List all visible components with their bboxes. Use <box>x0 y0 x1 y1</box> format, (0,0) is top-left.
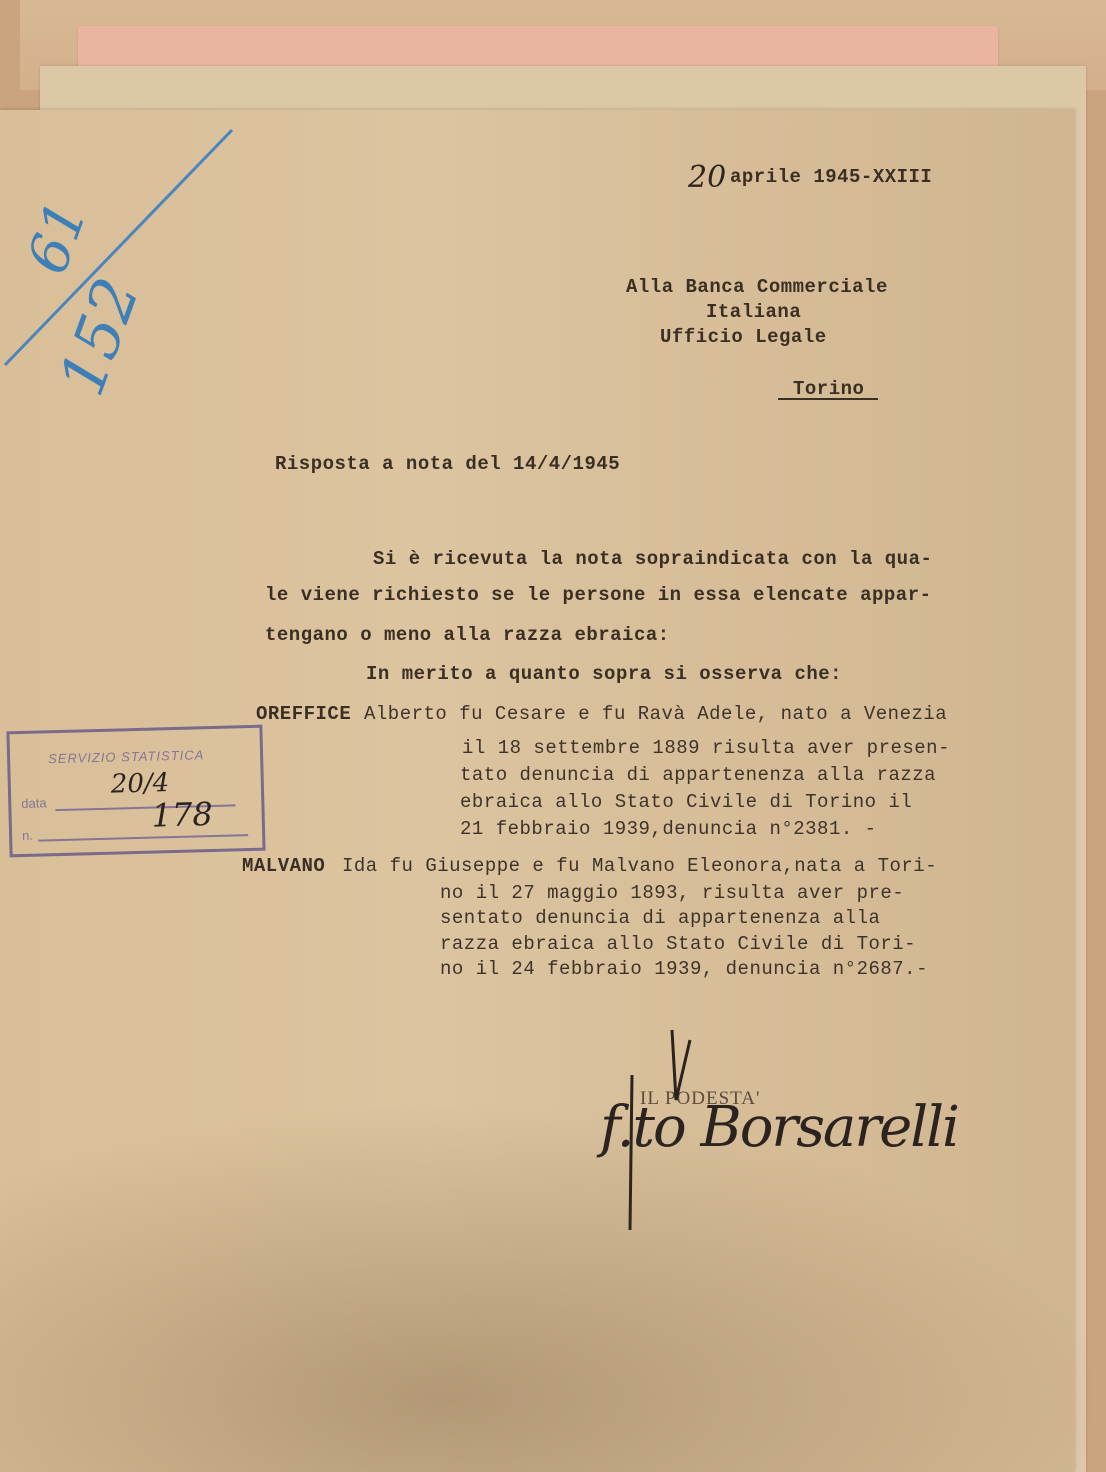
date-typed: aprile 1945-XXIII <box>730 166 932 188</box>
entry-line: no il 27 maggio 1893, risulta aver pre- <box>440 882 904 904</box>
stamp-date-handwritten: 20/4 <box>110 768 169 800</box>
stamp-title: SERVIZIO STATISTICA <box>48 747 205 766</box>
entry-surname: OREFFICE <box>256 703 351 725</box>
entry-line: il 18 settembre 1889 risulta aver presen… <box>462 737 950 759</box>
entry-line: 21 febbraio 1939,denuncia n°2381. - <box>460 818 877 840</box>
body-line: tengano o meno alla razza ebraica: <box>265 624 670 646</box>
body-line: le viene richiesto se le persone in essa… <box>265 584 932 606</box>
stamp-date-label: data <box>21 795 47 811</box>
entry-line: Ida fu Giuseppe e fu Malvano Eleonora,na… <box>342 855 937 877</box>
recipient-line-2: Italiana <box>706 301 801 323</box>
entry-line: razza ebraica allo Stato Civile di Tori- <box>440 933 916 955</box>
servizio-statistica-stamp: SERVIZIO STATISTICA data n. 20/4 178 <box>6 725 265 858</box>
body-line: In merito a quanto sopra si osserva che: <box>366 663 842 685</box>
stamp-number-line <box>38 834 248 841</box>
body-line: Si è ricevuta la nota sopraindicata con … <box>373 548 932 570</box>
signature-initial-mark <box>620 1025 700 1235</box>
recipient-line-3: Ufficio Legale <box>660 326 827 348</box>
recipient-line-1: Alla Banca Commerciale <box>626 276 888 298</box>
date-day-handwritten: 20 <box>688 160 726 195</box>
entry-line: tato denuncia di appartenenza alla razza <box>460 764 936 786</box>
entry-line: sentato denuncia di appartenenza alla <box>440 907 880 929</box>
stamp-number-label: n. <box>22 828 33 843</box>
entry-surname: MALVANO <box>242 855 325 877</box>
entry-line: Alberto fu Cesare e fu Ravà Adele, nato … <box>364 703 947 725</box>
entry-line: no il 24 febbraio 1939, denuncia n°2687.… <box>440 958 928 980</box>
city-underline <box>778 398 878 400</box>
stamp-number-handwritten: 178 <box>151 795 213 835</box>
entry-line: ebraica allo Stato Civile di Torino il <box>460 791 912 813</box>
recipient-city: Torino <box>793 378 864 400</box>
reference-line: Risposta a nota del 14/4/1945 <box>275 453 620 475</box>
